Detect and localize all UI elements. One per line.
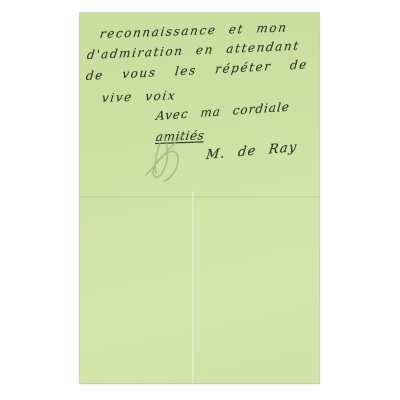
handwriting-line-2: d'admiration en attendant bbox=[86, 40, 300, 61]
signature: M. de Ray bbox=[205, 141, 298, 162]
paper-fold-crease-horizontal bbox=[80, 196, 319, 198]
paper-fold-crease-vertical bbox=[192, 191, 194, 383]
handwriting-line-1: reconnaissance et mon bbox=[99, 21, 288, 40]
pencil-monogram-icon bbox=[138, 123, 208, 193]
handwriting-line-4: vive voix bbox=[101, 89, 177, 104]
letter-photograph: reconnaissance et mon d'admiration en at… bbox=[0, 0, 400, 400]
handwriting-closing-line: Avec ma cordiale bbox=[155, 101, 290, 122]
handwriting-line-3: de vous les répéter de bbox=[85, 58, 308, 82]
letter-paper: reconnaissance et mon d'admiration en at… bbox=[80, 13, 319, 383]
